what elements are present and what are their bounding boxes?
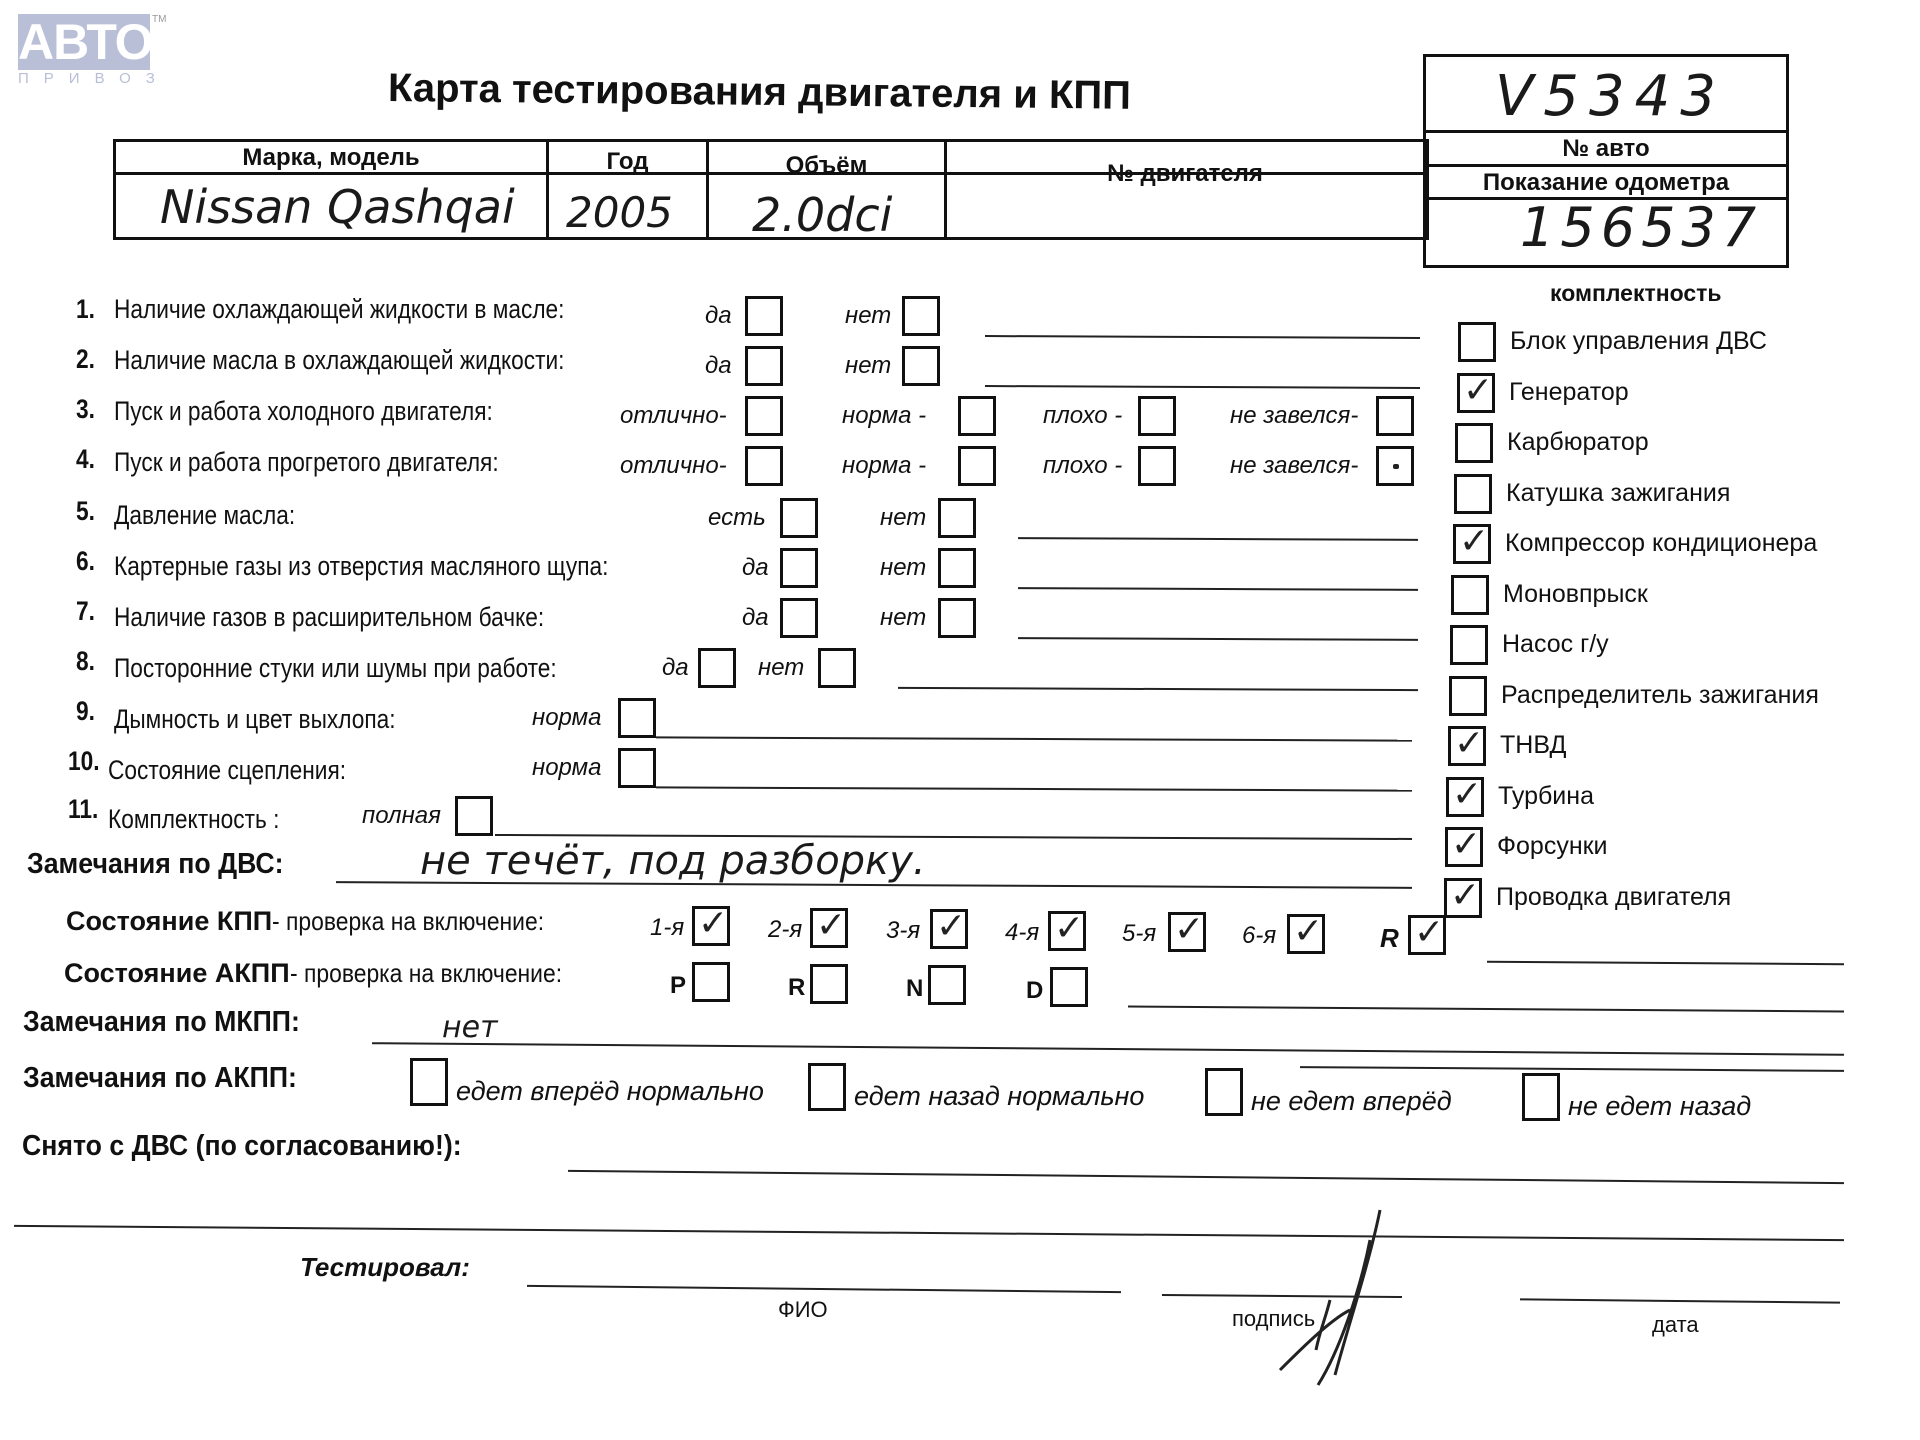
- option-checkbox[interactable]: [745, 396, 783, 436]
- auto-remark-label: едет вперёд нормально: [456, 1076, 764, 1107]
- kit-checkbox[interactable]: [1455, 423, 1493, 463]
- option-label: нет: [880, 504, 926, 532]
- option-checkbox[interactable]: [902, 296, 940, 336]
- kit-title: комплектность: [1550, 280, 1722, 307]
- manual-gearbox-line: [1487, 961, 1844, 965]
- name-line[interactable]: [527, 1285, 1121, 1293]
- question-number: 7.: [76, 596, 95, 627]
- option-label: да: [705, 352, 732, 380]
- remarks-auto-label: Замечания по АКПП:: [23, 1062, 297, 1095]
- kit-item-label: Распределитель зажигания: [1501, 681, 1819, 710]
- option-checkbox[interactable]: [1376, 396, 1414, 436]
- name-caption: ФИО: [778, 1297, 828, 1323]
- kit-item-label: Катушка зажигания: [1506, 479, 1730, 508]
- question-number: 1.: [76, 294, 95, 325]
- kit-item-label: Форсунки: [1497, 832, 1608, 861]
- table-divider: [1423, 164, 1786, 167]
- option-label: норма: [532, 704, 601, 732]
- date-line[interactable]: [1520, 1298, 1840, 1303]
- question-number: 3.: [76, 394, 95, 425]
- option-label: да: [742, 604, 769, 632]
- gear-checkbox[interactable]: [1048, 911, 1086, 951]
- volume-value[interactable]: 2.0dci: [752, 188, 892, 242]
- auto-gearbox-line: [1128, 1006, 1844, 1013]
- option-label: не завелся-: [1230, 452, 1358, 480]
- question-label: Пуск и работа холодного двигателя:: [114, 396, 493, 427]
- auto-position-checkbox[interactable]: [1050, 967, 1088, 1007]
- option-checkbox[interactable]: [745, 446, 783, 486]
- year-value[interactable]: 2005: [566, 188, 673, 237]
- question-label: Пуск и работа прогретого двигателя:: [114, 447, 499, 478]
- remarks-manual-value[interactable]: нет: [442, 1010, 498, 1045]
- remarks-manual-line: [372, 1042, 1844, 1056]
- manual-gearbox-caption: - проверка на включение:: [272, 906, 544, 937]
- removed-line-2: [14, 1225, 1844, 1241]
- auto-gearbox-title: Состояние АКПП: [64, 958, 290, 989]
- question-label: Давление масла:: [114, 500, 295, 531]
- kit-item-label: Компрессор кондиционера: [1505, 529, 1817, 558]
- option-label: отлично-: [620, 452, 727, 480]
- kit-item-label: Генератор: [1509, 378, 1629, 407]
- option-label: нет: [845, 352, 891, 380]
- option-checkbox[interactable]: [958, 396, 996, 436]
- auto-remark-label: едет назад нормально: [854, 1081, 1144, 1112]
- option-checkbox[interactable]: [745, 346, 783, 386]
- option-checkbox[interactable]: [818, 648, 856, 688]
- notes-line[interactable]: [1018, 637, 1418, 641]
- option-label: нет: [845, 302, 891, 330]
- notes-line[interactable]: [898, 687, 1418, 691]
- question-label: Наличие газов в расширительном бачке:: [114, 602, 544, 633]
- auto-position-label: D: [1026, 977, 1043, 1005]
- remarks-engine-label: Замечания по ДВС:: [27, 848, 284, 881]
- question-number: 9.: [76, 696, 95, 727]
- handwritten-signature: [1220, 1200, 1400, 1390]
- make-model-value[interactable]: Nissan Qashqai: [160, 180, 515, 234]
- option-checkbox[interactable]: [780, 498, 818, 538]
- gear-label: 3-я: [886, 917, 920, 945]
- question-number: 5.: [76, 496, 95, 527]
- auto-position-checkbox[interactable]: [810, 964, 848, 1004]
- gear-checkbox[interactable]: [1408, 915, 1446, 955]
- date-caption: дата: [1652, 1312, 1699, 1338]
- remarks-engine-value[interactable]: не течёт, под разборку.: [420, 838, 926, 884]
- kit-item-label: Турбина: [1498, 782, 1594, 811]
- option-label: норма: [532, 754, 601, 782]
- kit-checkbox[interactable]: [1453, 524, 1491, 564]
- removed-line-1: [568, 1170, 1844, 1184]
- kit-checkbox[interactable]: [1445, 827, 1483, 867]
- header-odometer: Показание одометра: [1426, 169, 1786, 197]
- option-label: норма -: [842, 402, 926, 430]
- logo-subtitle: ПРИВОЗ: [18, 70, 170, 87]
- gear-checkbox[interactable]: [1287, 914, 1325, 954]
- auto-remark-checkbox[interactable]: [1205, 1068, 1243, 1116]
- option-checkbox[interactable]: [958, 446, 996, 486]
- kit-item-label: Карбюратор: [1507, 428, 1649, 457]
- auto-gearbox-caption: - проверка на включение:: [290, 958, 562, 989]
- question-number: 8.: [76, 646, 95, 677]
- header-make-model: Марка, модель: [116, 144, 546, 172]
- kit-checkbox[interactable]: [1457, 373, 1495, 413]
- option-checkbox[interactable]: [780, 548, 818, 588]
- option-checkbox[interactable]: [1138, 446, 1176, 486]
- page-title: Карта тестирования двигателя и КПП: [388, 66, 1131, 119]
- car-number-value[interactable]: V5343: [1495, 64, 1726, 129]
- option-label: полная: [362, 802, 441, 830]
- kit-checkbox[interactable]: [1451, 575, 1489, 615]
- question-label: Наличие масла в охлаждающей жидкости:: [114, 345, 564, 376]
- auto-gearbox-label: Состояние АКПП - проверка на включение:: [64, 958, 599, 989]
- option-label: да: [705, 302, 732, 330]
- option-checkbox[interactable]: [698, 648, 736, 688]
- gear-label: 6-я: [1242, 922, 1276, 950]
- notes-line[interactable]: [985, 385, 1420, 389]
- kit-item-label: ТНВД: [1500, 731, 1566, 760]
- kit-checkbox[interactable]: [1458, 322, 1496, 362]
- auto-position-checkbox[interactable]: [692, 962, 730, 1002]
- auto-remark-label: не едет назад: [1568, 1091, 1751, 1122]
- question-label: Посторонние стуки или шумы при работе:: [114, 653, 557, 684]
- kit-checkbox[interactable]: [1448, 726, 1486, 766]
- option-label: нет: [880, 554, 926, 582]
- header-engine-number: № двигателя: [947, 160, 1423, 188]
- gear-checkbox[interactable]: [692, 906, 730, 946]
- option-checkbox[interactable]: [780, 598, 818, 638]
- notes-line[interactable]: [1018, 587, 1418, 591]
- auto-remark-checkbox[interactable]: [1522, 1073, 1560, 1121]
- notes-line[interactable]: [1018, 537, 1418, 541]
- auto-position-label: R: [788, 974, 805, 1002]
- header-car-number: № авто: [1426, 135, 1786, 163]
- gear-label: 1-я: [650, 914, 684, 942]
- option-label: нет: [758, 654, 804, 682]
- kit-item-label: Блок управления ДВС: [1510, 327, 1767, 356]
- option-checkbox[interactable]: [902, 346, 940, 386]
- question-number: 6.: [76, 546, 95, 577]
- manual-gearbox-title: Состояние КПП: [66, 906, 272, 937]
- gear-checkbox[interactable]: [810, 908, 848, 948]
- question-label: Комплектность :: [108, 804, 279, 835]
- auto-remark-label: не едет вперёд: [1251, 1086, 1452, 1117]
- table-divider: [1423, 130, 1786, 133]
- question-number: 4.: [76, 444, 95, 475]
- manual-gearbox-label: Состояние КПП - проверка на включение:: [66, 906, 581, 937]
- gear-checkbox[interactable]: [930, 909, 968, 949]
- option-label: да: [742, 554, 769, 582]
- option-checkbox[interactable]: [745, 296, 783, 336]
- question-label: Картерные газы из отверстия масляного щу…: [114, 551, 608, 582]
- option-label: нет: [880, 604, 926, 632]
- logo-trademark: TM: [152, 14, 166, 25]
- header-volume: Объём: [709, 152, 944, 180]
- notes-line[interactable]: [985, 335, 1420, 339]
- removed-label: Снято с ДВС (по согласованию!):: [22, 1130, 462, 1163]
- kit-checkbox[interactable]: [1446, 777, 1484, 817]
- option-checkbox[interactable]: [1138, 396, 1176, 436]
- option-checkbox[interactable]: [618, 698, 656, 738]
- option-label: норма -: [842, 452, 926, 480]
- option-checkbox[interactable]: [618, 748, 656, 788]
- remarks-manual-label: Замечания по МКПП:: [23, 1006, 300, 1039]
- kit-checkbox[interactable]: [1449, 676, 1487, 716]
- question-label: Наличие охлаждающей жидкости в масле:: [114, 294, 564, 325]
- gear-label: 4-я: [1005, 919, 1039, 947]
- question-number: 11.: [68, 794, 98, 825]
- option-label: плохо -: [1043, 402, 1122, 430]
- question-label: Состояние сцепления:: [108, 755, 346, 786]
- auto-remark-checkbox[interactable]: [808, 1063, 846, 1111]
- auto-position-checkbox[interactable]: [928, 965, 966, 1005]
- option-checkbox[interactable]: [455, 796, 493, 836]
- option-label: отлично-: [620, 402, 727, 430]
- option-label: да: [662, 654, 689, 682]
- gear-label: 5-я: [1122, 920, 1156, 948]
- question-number: 2.: [76, 344, 95, 375]
- gear-checkbox[interactable]: [1168, 912, 1206, 952]
- question-label: Дымность и цвет выхлопа:: [114, 704, 396, 735]
- header-year: Год: [549, 148, 706, 176]
- option-label: плохо -: [1043, 452, 1122, 480]
- auto-position-label: N: [906, 975, 923, 1003]
- kit-item-label: Проводка двигателя: [1496, 883, 1731, 912]
- tested-by-label: Тестировал:: [300, 1252, 470, 1283]
- auto-remark-checkbox[interactable]: [410, 1058, 448, 1106]
- notes-line[interactable]: [656, 736, 1412, 741]
- option-label: не завелся-: [1230, 402, 1358, 430]
- remarks-auto-line[interactable]: [1300, 1066, 1844, 1072]
- option-label: есть: [708, 504, 766, 532]
- company-logo: АВТО: [18, 14, 150, 70]
- odometer-value[interactable]: 156537: [1520, 196, 1762, 259]
- option-checkbox[interactable]: [938, 548, 976, 588]
- option-checkbox[interactable]: [938, 598, 976, 638]
- option-checkbox[interactable]: [938, 498, 976, 538]
- kit-checkbox[interactable]: [1444, 878, 1482, 918]
- gear-label: 2-я: [768, 916, 802, 944]
- question-number: 10.: [68, 746, 100, 777]
- kit-checkbox[interactable]: [1450, 625, 1488, 665]
- option-checkbox[interactable]: [1376, 446, 1414, 486]
- auto-position-label: P: [670, 972, 686, 1000]
- kit-item-label: Моновпрыск: [1503, 580, 1648, 609]
- notes-line[interactable]: [656, 786, 1412, 791]
- kit-item-label: Насос г/у: [1502, 630, 1609, 659]
- gear-label: R: [1380, 923, 1399, 954]
- table-divider: [944, 139, 947, 237]
- kit-checkbox[interactable]: [1454, 474, 1492, 514]
